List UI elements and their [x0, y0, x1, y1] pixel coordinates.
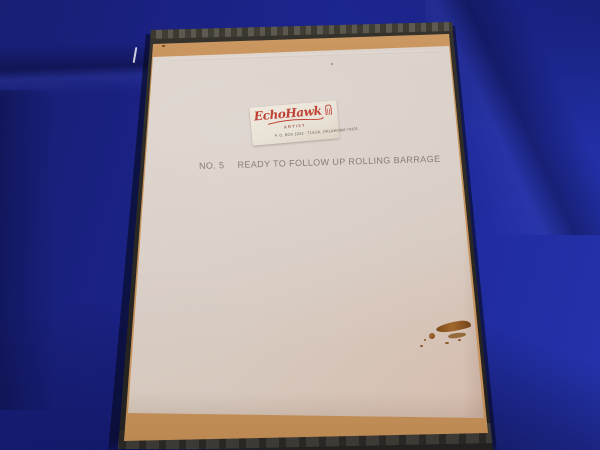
cardboard-speck [162, 45, 165, 47]
paper-fleck [331, 63, 333, 65]
photo-of-artist-portfolio: EchoHawk ARTIST P. O. BOX 1932 · TULSA, … [0, 0, 600, 450]
stain-speck [420, 345, 423, 347]
artist-address-label: EchoHawk ARTIST P. O. BOX 1932 · TULSA, … [250, 100, 340, 145]
stain-dot [429, 333, 435, 339]
fabric-fold [0, 36, 150, 96]
caption-number: NO. 5 [199, 160, 225, 171]
fabric-fold [0, 90, 70, 410]
logo-figure-icon [324, 104, 334, 117]
stain-speck [424, 339, 426, 341]
label-address: P. O. BOX 1932 · TULSA, OKLAHOMA 74101 [274, 130, 316, 138]
stain-speck [458, 339, 461, 341]
